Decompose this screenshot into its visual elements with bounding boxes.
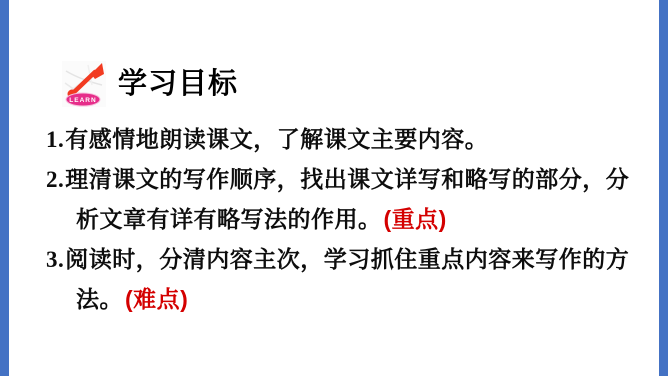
objective-highlight-difficult: (难点) [125,286,188,312]
objective-text: 理清课文的写作顺序，找出课文详写和略写的部分，分 [65,166,629,192]
learn-icon-label: LEARN [69,97,96,104]
objective-text: 法。 [76,286,123,312]
objective-line-2: 2.理清课文的写作顺序，找出课文详写和略写的部分，分 [0,159,660,199]
slide-title-block: LEARN 学习目标 [62,61,238,107]
objective-line-3: 3.阅读时，分清内容主次，学习抓住重点内容来写作的方 [0,239,660,279]
objective-number: 2. [46,167,64,192]
objective-text: 析文章有详有略写法的作用。 [76,206,382,232]
right-edge-accent-bar [659,0,668,376]
objectives-list: 1.有感情地朗读课文，了解课文主要内容。 2.理清课文的写作顺序，找出课文详写和… [0,119,660,319]
objective-line-2-wrap: 析文章有详有略写法的作用。(重点) [0,199,660,239]
objective-number: 1. [46,127,64,152]
objective-line-3-wrap: 法。(难点) [0,279,660,319]
objective-number: 3. [46,247,64,272]
objective-text: 阅读时，分清内容主次，学习抓住重点内容来写作的方 [65,246,629,272]
slide-title: 学习目标 [118,61,238,107]
learn-dart-icon: LEARN [62,61,106,107]
objective-highlight-important: (重点) [384,206,447,232]
objective-text: 有感情地朗读课文，了解课文主要内容。 [65,126,488,152]
objective-line-1: 1.有感情地朗读课文，了解课文主要内容。 [0,119,660,159]
